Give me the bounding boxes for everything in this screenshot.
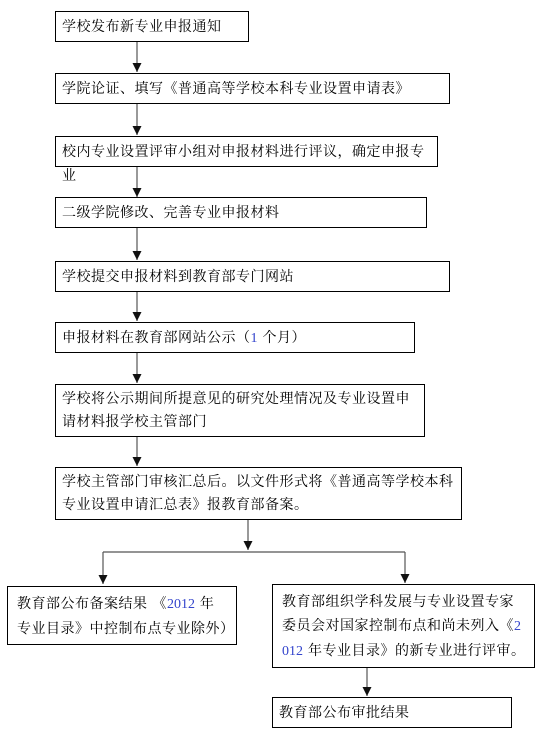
node-supervisor-filing-label: 学校主管部门审核汇总后。以文件形式将《普通高等学校本科专业设置申请汇总表》报教育… — [62, 474, 454, 513]
node-publish-notice-label: 学校发布新专业申报通知 — [62, 19, 222, 35]
public-notice-duration-number: 1 — [251, 331, 258, 346]
node-college-fill-form: 学院论证、填写《普通高等学校本科专业设置申请表》 — [55, 73, 450, 104]
node-college-revise: 二级学院修改、完善专业申报材料 — [55, 197, 427, 228]
node-report-supervisor: 学校将公示期间所提意见的研究处理情况及专业设置申请材料报学校主管部门 — [55, 384, 425, 437]
node-college-fill-form-label: 学院论证、填写《普通高等学校本科专业设置申请表》 — [62, 81, 410, 97]
node-filing-result: 教育部公布备案结果 《2012 年专业目录》中控制布点专业除外） — [7, 586, 237, 645]
node-expert-review-label-tail: 年专业目录》的新专业进行评审。 — [303, 643, 525, 659]
node-expert-review: 教育部组织学科发展与专业设置专家委员会对国家控制布点和尚未列入《2012 年专业… — [272, 584, 535, 668]
node-filing-result-label: 教育部公布备案结果 《 — [17, 596, 167, 612]
flowchart-canvas: 学校发布新专业申报通知 学院论证、填写《普通高等学校本科专业设置申请表》 校内专… — [0, 0, 543, 736]
node-publish-notice: 学校发布新专业申报通知 — [55, 11, 249, 42]
filing-result-year-number: 2012 — [167, 597, 195, 612]
node-expert-review-label: 教育部组织学科发展与专业设置专家委员会对国家控制布点和尚未列入《 — [282, 594, 514, 634]
node-supervisor-filing: 学校主管部门审核汇总后。以文件形式将《普通高等学校本科专业设置申请汇总表》报教育… — [55, 467, 462, 520]
node-submit-moe-website-label: 学校提交申报材料到教育部专门网站 — [62, 269, 294, 285]
node-approval-result-label: 教育部公布审批结果 — [279, 705, 410, 721]
node-internal-review-label: 校内专业设置评审小组对申报材料进行评议，确定申报专业 — [62, 144, 425, 184]
node-public-notice: 申报材料在教育部网站公示（1 个月） — [55, 322, 415, 353]
node-college-revise-label: 二级学院修改、完善专业申报材料 — [62, 205, 280, 221]
node-internal-review: 校内专业设置评审小组对申报材料进行评议，确定申报专业 — [55, 136, 438, 167]
node-report-supervisor-label: 学校将公示期间所提意见的研究处理情况及专业设置申请材料报学校主管部门 — [62, 391, 410, 430]
node-public-notice-label-tail: 个月） — [258, 330, 306, 346]
node-public-notice-label: 申报材料在教育部网站公示（ — [62, 330, 251, 346]
node-submit-moe-website: 学校提交申报材料到教育部专门网站 — [55, 261, 450, 292]
node-approval-result: 教育部公布审批结果 — [272, 697, 512, 728]
